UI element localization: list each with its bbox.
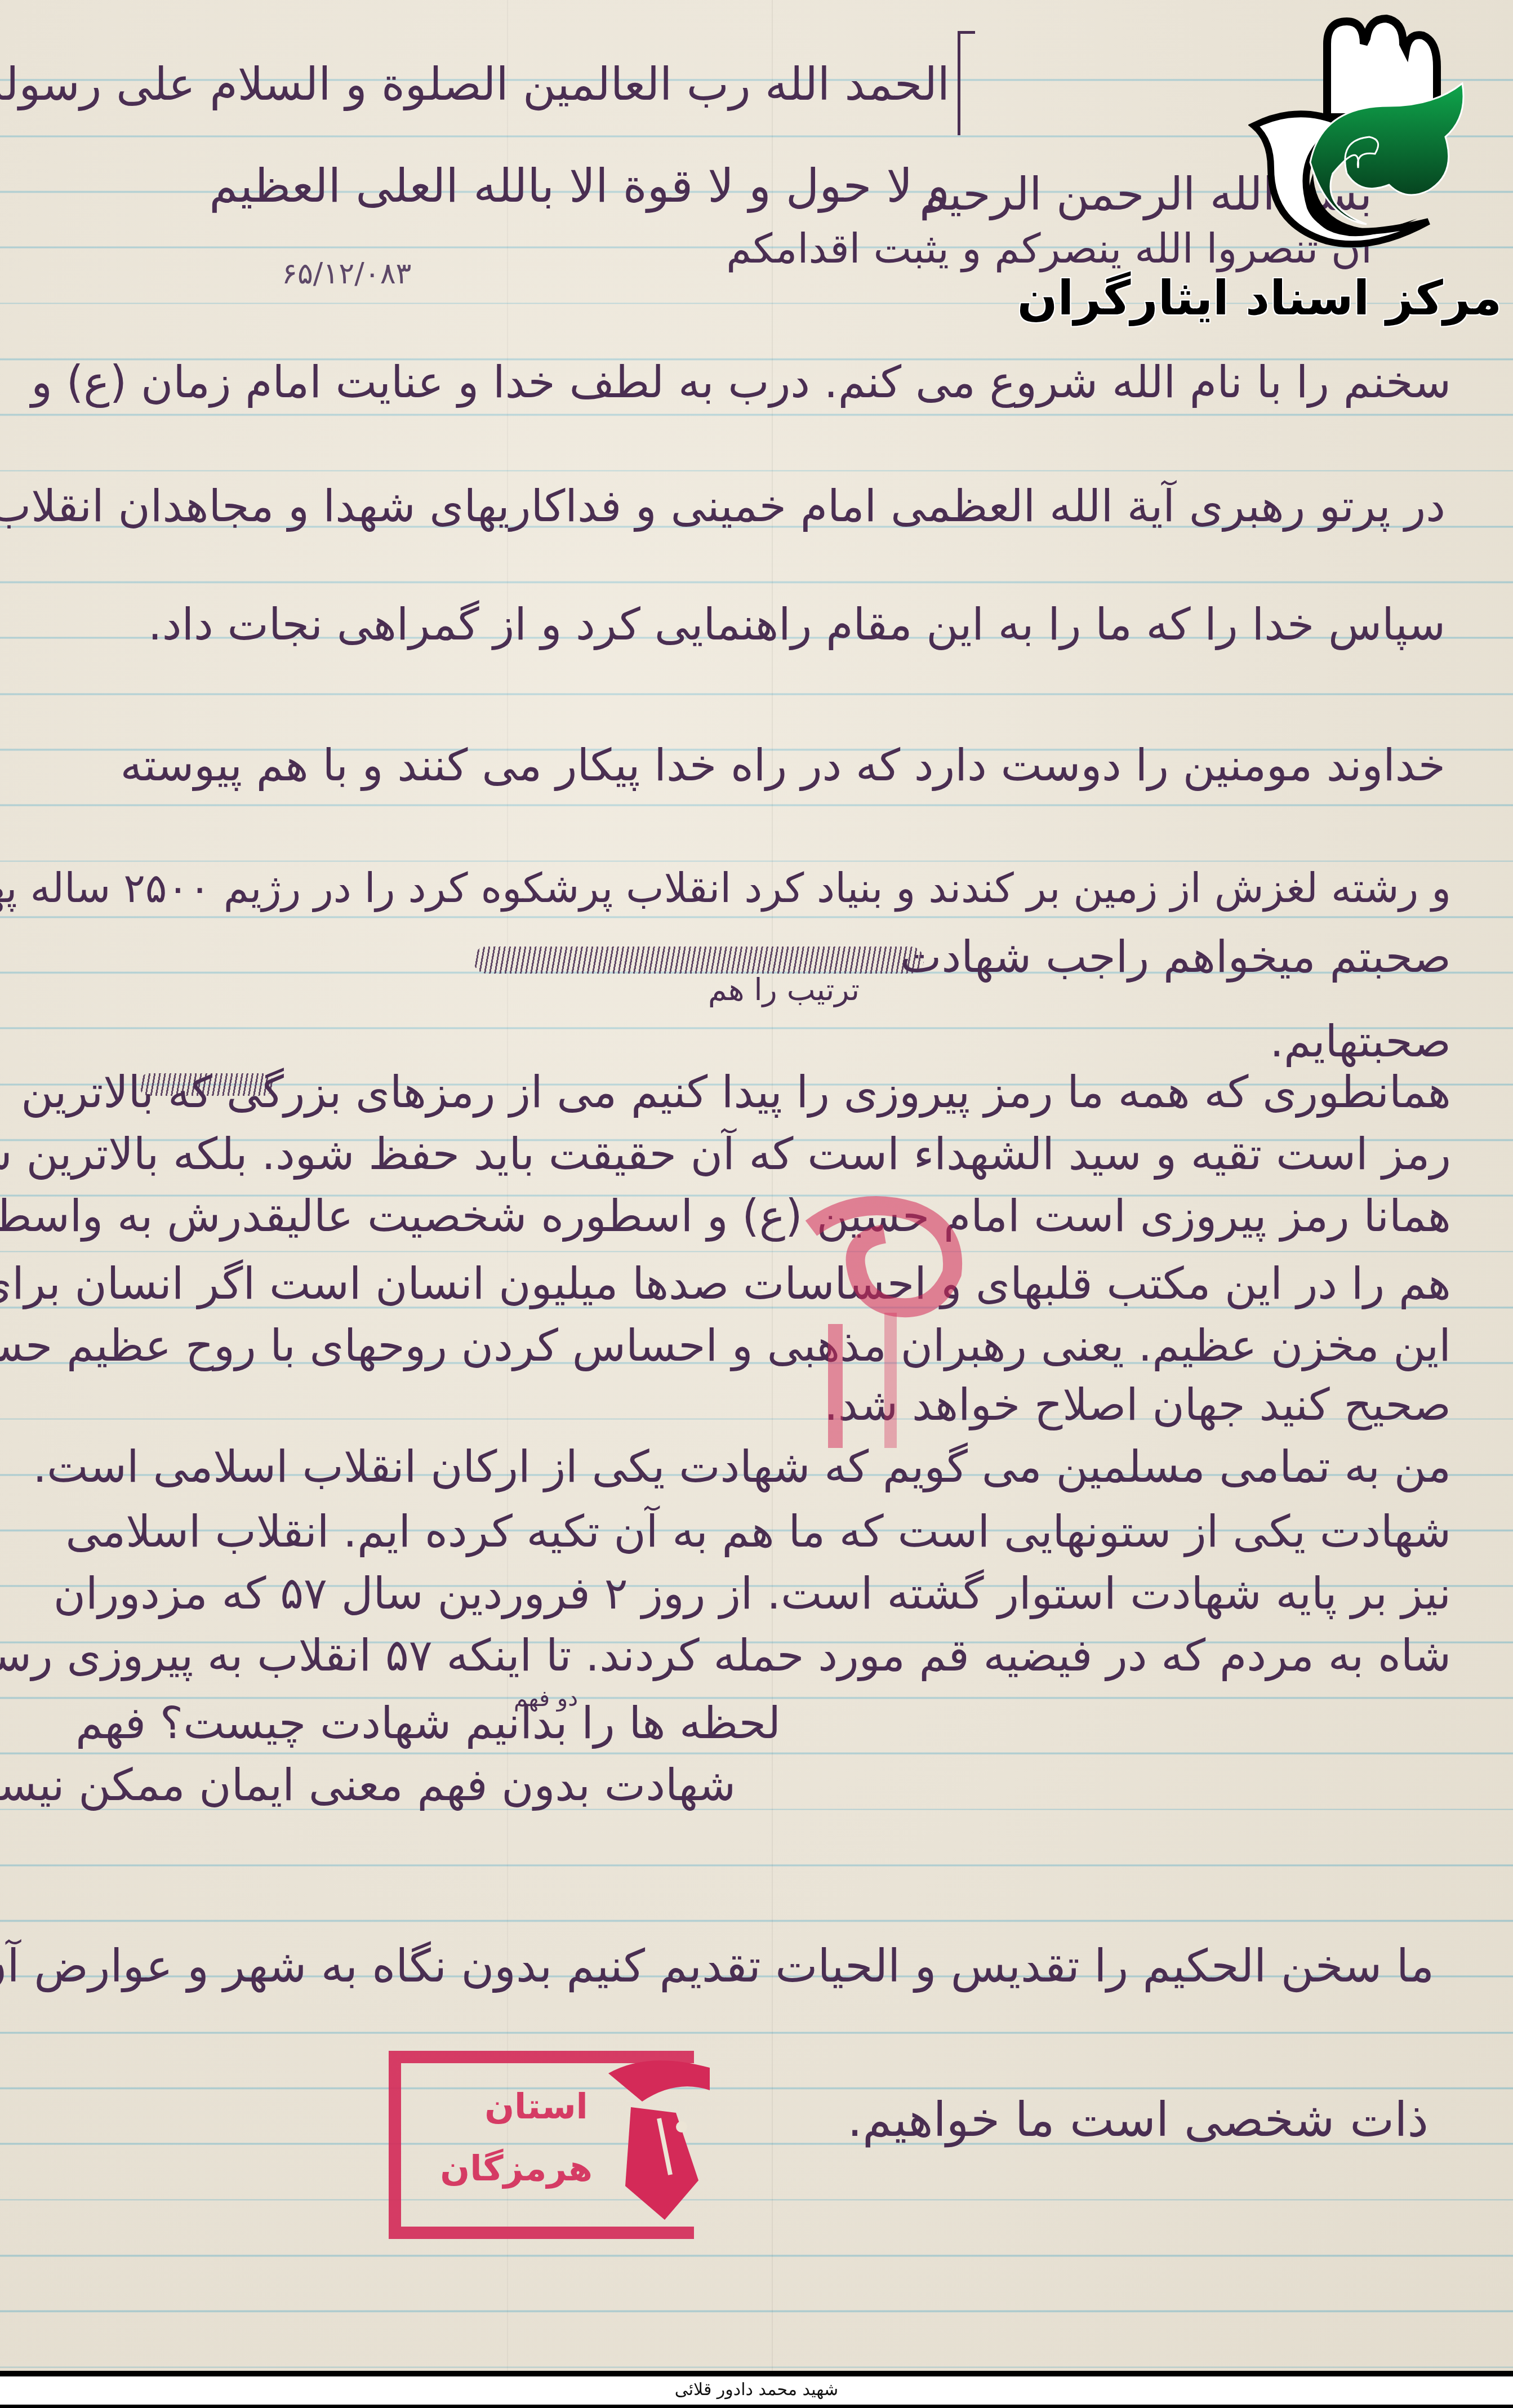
body-line: شهادت یکی از ستونهایی است که ما هم به آن… [65, 1510, 1451, 1554]
body-line: خداوند مومنین را دوست دارد که در راه خدا… [121, 744, 1445, 788]
crossed-out-word [139, 1073, 274, 1096]
faint-stamp-mark [789, 1194, 969, 1459]
hamd-line: الحمد الله رب العالمین الصلوة و السلام ع… [0, 62, 950, 107]
header-bracket [958, 31, 975, 135]
org-name-watermark: مرکز اسناد ایثارگران [1254, 270, 1502, 326]
body-line: سپاس خدا را که ما را به این مقام راهنمای… [148, 603, 1445, 647]
crossed-out-text [473, 947, 924, 974]
paper-fold-line [507, 0, 508, 2372]
body-line: سخنم را با نام الله شروع می کنم. درب به … [31, 361, 1451, 405]
paper-fold-line [772, 0, 773, 2372]
body-line: من به تمامی مسلمین می گویم که شهادت یکی … [33, 1445, 1451, 1489]
body-line: شاه به مردم که در فیضیه قم مورد حمله کرد… [0, 1634, 1451, 1678]
closing-line: ذات شخصی است ما خواهیم. [847, 2096, 1429, 2143]
insertion-note: ترتیب را هم [708, 975, 860, 1005]
letter-paper: الحمد الله رب العالمین الصلوة و السلام ع… [0, 0, 1513, 2372]
body-line: شهادت بدون فهم معنی ایمان ممکن نیست [0, 1763, 736, 1807]
stamp-text-province: استان [474, 2086, 598, 2127]
footer-caption: شهید محمد دادور قلائی [0, 2380, 1513, 2400]
body-line: این مخزن عظیم. یعنی رهبران مذهبی و احساس… [0, 1324, 1451, 1368]
hawqala-line: و لا حول و لا قوة الا بالله العلی العظیم [209, 163, 950, 210]
body-line: در پرتو رهبری آیة الله العظمی امام خمینی… [0, 485, 1445, 528]
closing-line: ما سخن الحکیم را تقدیس و الحیات تقدیم کن… [0, 1944, 1434, 1989]
footer-bottom-rule [0, 2405, 1513, 2408]
body-line: همانا رمز پیروزی است امام حسین (ع) و اسط… [0, 1194, 1451, 1238]
body-line: هم را در این مکتب قلبهای و احساسات صدها … [0, 1262, 1451, 1306]
body-line: و رشته لغزش از زمین بر کندند و بنیاد کرد… [0, 868, 1451, 908]
body-line: لحظه ها را بدانیم شهادت چیست؟ فهم [75, 1701, 781, 1745]
body-line: رمز است تقیه و سید الشهداء است که آن حقی… [0, 1132, 1451, 1176]
footer-top-rule [0, 2371, 1513, 2376]
body-line: صحبتم میخواهم راجب شهادت [900, 935, 1451, 979]
body-line: نیز بر پایه شهادت استوار گشته است. از رو… [54, 1572, 1451, 1616]
body-line: صحبتهایم. [1270, 1020, 1451, 1064]
stamp-text-name: هرمزگان [469, 2148, 593, 2189]
stamp-emblem-icon [597, 2051, 715, 2225]
date-stamp: ۶۵/۱۲/۰۸۳ [282, 259, 412, 288]
